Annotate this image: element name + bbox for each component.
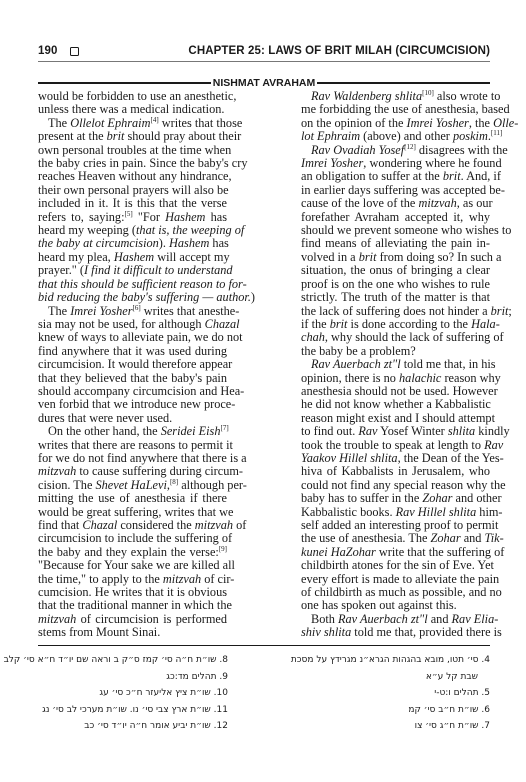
text-line: situation, the onus of bringing a clear [301,264,490,277]
footnote-number: 6. [481,705,490,715]
text-line: in earlier days suffering was accepted b… [301,184,490,197]
text-line: the use of anesthesia. The Zohar and Tik… [301,532,490,545]
text-line: The Ollelot Ephraim[4] writes that those [38,117,227,130]
text-line: circumcision to include the suffering of [38,532,227,545]
footnote-number: 8. [219,655,228,665]
text-line: unless there was a medical indication. [38,103,227,116]
text-line: mitting the use of anesthesia if there [38,492,227,505]
text-line: could not find any special reason why th… [301,479,490,492]
footnote-text: סי׳ תטו, מובא בהגהות הגרא״נ מגרידץ על מס… [291,655,482,665]
text-line: if the brit is done according to the Hal… [301,318,490,331]
left-text-column: would be forbidden to use an anesthetic,… [38,90,227,640]
section-label: NISHMAT AVRAHAM [211,77,317,89]
running-head: 190 CHAPTER 25: LAWS OF BRIT MILAH (CIRC… [38,45,490,59]
footnote-text: תהלים ו:ט-י [434,688,481,698]
text-line: present at the brit should pray about th… [38,130,227,143]
text-line: strictly. The truth of the matter is tha… [301,291,490,304]
text-line: of childbirth as much as possible, and n… [301,586,490,599]
text-line: forefather Avraham accepted it, why [301,211,490,224]
footnote-item: 5. תהלים ו:ט-י [265,685,490,702]
footnote-number: 7. [481,721,490,731]
text-line: Rav Waldenberg shlita[10] also wrote to [301,90,490,103]
text-line: own personal troubles at the time when [38,144,227,157]
text-line: an obligation to suffer at the brit. And… [301,170,490,183]
text-line: shiv shlita told me that, provided there… [301,626,490,639]
text-line: Yaakov Hillel shlita, the Dean of the Ye… [301,452,490,465]
header-rule [38,61,490,62]
text-line: would be forbidden to use an anesthetic, [38,90,227,103]
footnote-number: 12. [214,721,228,731]
text-line: "Because for Your sake we are killed all [38,559,227,572]
text-line: me forbidding the use of anesthesia, bas… [301,103,490,116]
text-line: for we do not find anywhere that there i… [38,452,227,465]
text-line: refers to, saying:[5] "For Hashem has [38,211,227,224]
text-line: circumcision. It would therefore appear [38,358,227,371]
footnote-item: 6. שו״ת ח״ב סי׳ קמ [265,702,490,719]
text-line: the baby and they explain the verse:[9] [38,546,227,559]
text-line: would be great suffering, writes that we [38,506,227,519]
text-line: that they believed that the baby's pain [38,372,227,385]
text-line: to find out. Rav Yosef Winter shlita kin… [301,425,490,438]
footnote-item: 9. תהלים מד:כג [13,669,228,686]
text-line: knew of ways to alleviate pain, we do no… [38,331,227,344]
footnote-text: תהלים מד:כג [166,672,219,682]
text-line: chah, why should the lack of suffering o… [301,331,490,344]
text-line: sia may not be used, for although Chazal [38,318,227,331]
footnote-text: שו״ת ח״ג סי׳ צו [415,721,482,731]
footnote-item: 12. שו״ת יביע אומר ח״ה יו״ד סי׳ כב [13,718,228,735]
text-line: reason might exist and I should attempt [301,412,490,425]
text-line: the baby cries in pain. Since the baby's… [38,157,227,170]
footnote-text: שו״ת ח״ב סי׳ קמ [408,705,481,715]
text-line: volved in a brit from doing so? In such … [301,251,490,264]
text-line: lot Ephraim (above) and other poskim.[11… [301,130,490,143]
text-line: ven forbid that we introduce new proce- [38,398,227,411]
text-line: find anywhere that it was used during [38,345,227,358]
text-line: included in it. It is this that the vers… [38,197,227,210]
page-number: 190 [38,45,58,57]
footnotes-left: 8. שו״ת ח״ה סי׳ קמז ס״ק ב וראה שם יו״ד ח… [13,652,228,735]
text-line: the baby at circumcision). Hashem has [38,237,227,250]
text-line: find that Chazal considered the mitzvah … [38,519,227,532]
footnote-continuation: שבת קל ע״א [265,669,490,686]
text-line: should we prevent someone who wishes to [301,224,490,237]
footnote-number: 11. [214,705,228,715]
text-line: cause of the love of the mitzvah, as our [301,197,490,210]
footnote-text: שו״ת יביע אומר ח״ה יו״ד סי׳ כב [84,721,213,731]
text-line: heard my plea, Hashem will accept my [38,251,227,264]
text-line: The Imrei Yosher[6] writes that anesthe- [38,305,227,318]
text-line: cision. The Shevet HaLevi,[8] although p… [38,479,227,492]
footnote-number: 10. [214,688,228,698]
text-line: reaches Heaven without any hindrance, [38,170,227,183]
footnote-text: שו״ת ארץ צבי סי׳ נו. שו״ת מערכי לב סי׳ נ… [42,705,214,715]
text-line: stems from Mount Sinai. [38,626,227,639]
text-line: kunei HaZohar write that the suffering o… [301,546,490,559]
text-line: the lack of suffering does not hinder a … [301,305,490,318]
footnote-rule [38,645,490,646]
text-line: one has spoken out against this. [301,599,490,612]
footnote-text: שו״ת ציץ אליעזר ח״כ סי׳ עג [99,688,213,698]
text-line: on the opinion of the Imrei Yosher, the … [301,117,490,130]
footnote-number: 9. [219,672,228,682]
footnote-number: 5. [481,688,490,698]
footnotes-right: 4. סי׳ תטו, מובא בהגהות הגרא״נ מגרידץ על… [265,652,490,735]
text-line: Kabbalistic books. Rav Hillel shlita him… [301,506,490,519]
text-line: anesthesia should not be used. However [301,385,490,398]
text-line: childbirth atones for the sin of Eve. Ye… [301,559,490,572]
text-line: bid reducing the baby's suffering — auth… [38,291,227,304]
text-line: Rav Ovadiah Yosef[12] disagrees with the [301,144,490,157]
footnote-item: 11. שו״ת ארץ צבי סי׳ נו. שו״ת מערכי לב ס… [13,702,228,719]
text-line: hiva of Kabbalists in Jerusalem, who [301,465,490,478]
text-line: that the traditional manner in which the [38,599,227,612]
chapter-title: CHAPTER 25: LAWS OF BRIT MILAH (CIRCUMCI… [188,45,490,57]
right-text-column: Rav Waldenberg shlita[10] also wrote tom… [301,90,490,640]
footnote-item: 8. שו״ת ח״ה סי׳ קמז ס״ק ב וראה שם יו״ד ח… [13,652,228,669]
text-line: baby has to suffer in the Zohar and othe… [301,492,490,505]
text-line: took the trouble to speak at length to R… [301,439,490,452]
text-line: prayer." (I find it difficult to underst… [38,264,227,277]
text-line: should accompany circumcision and Hea- [38,385,227,398]
footnote-item: 4. סי׳ תטו, מובא בהגהות הגרא״נ מגרידץ על… [265,652,490,669]
section-rule-left [38,82,211,83]
text-line: On the other hand, the Seridei Eish[7] [38,425,227,438]
footnote-text: שו״ת ח״ה סי׳ קמז ס״ק ב וראה שם יו״ד ח״א … [4,655,220,665]
text-line: proof is on the one who wishes to rule [301,278,490,291]
text-line: mitzvah of circumcision is performed [38,613,227,626]
footnote-item: 10. שו״ת ציץ אליעזר ח״כ סי׳ עג [13,685,228,702]
text-line: the baby be a problem? [301,345,490,358]
text-line: the time," to apply to the mitzvah of ci… [38,573,227,586]
text-line: mitzvah to cause suffering during circum… [38,465,227,478]
text-line: every effort is made to alleviate the pa… [301,573,490,586]
text-line: self added an interesting proof to permi… [301,519,490,532]
text-line: he did not know whether a Kabbalistic [301,398,490,411]
section-heading: NISHMAT AVRAHAM [38,77,490,89]
text-line: heard my weeping (that is, the weeping o… [38,224,227,237]
text-line: dures that were never used. [38,412,227,425]
square-box-icon [70,47,79,56]
footnote-number: 4. [481,655,490,665]
footnote-item: 7. שו״ת ח״ג סי׳ צו [265,718,490,735]
text-line: Imrei Yosher, wondering where he found [301,157,490,170]
text-line: cumcision. He writes that it is obvious [38,586,227,599]
text-line: writes that there are reasons to permit … [38,439,227,452]
text-line: find means of alleviating the pain in- [301,237,490,250]
text-line: opinion, there is no halachic reason why [301,372,490,385]
text-line: their own personal prayers will also be [38,184,227,197]
text-line: Rav Auerbach zt"l told me that, in his [301,358,490,371]
text-line: that this should be sufficient reason to… [38,278,227,291]
section-rule-right [317,82,490,83]
text-line: Both Rav Auerbach zt"l and Rav Elia- [301,613,490,626]
